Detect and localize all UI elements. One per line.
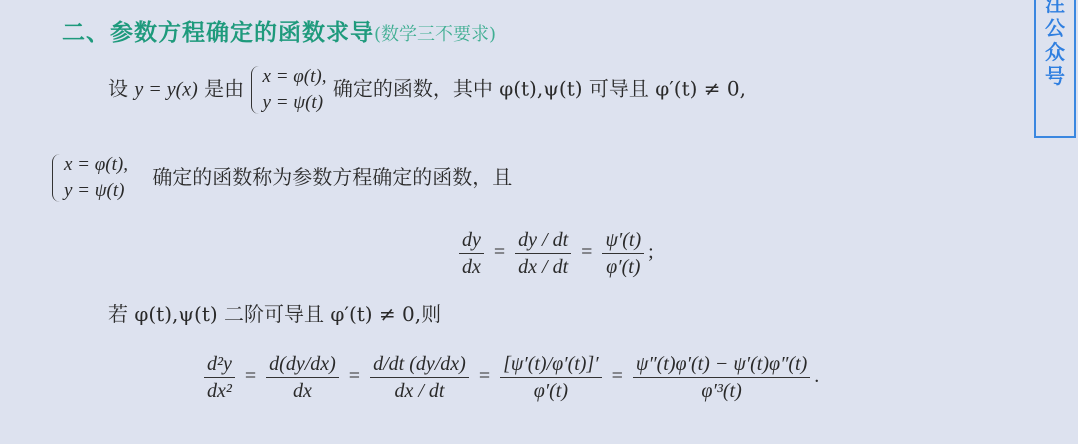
formula-punctuation: .: [814, 365, 819, 387]
fraction-numerator: dy / dt: [515, 228, 571, 254]
fraction-denominator: dx: [459, 254, 484, 279]
watermark-char: 号: [1045, 64, 1065, 88]
fraction-denominator: φ′(t): [531, 378, 571, 403]
system-row-y: y = ψ(t): [64, 178, 128, 204]
fraction-numerator: dy: [459, 228, 484, 254]
fraction-numerator: d/dt (dy/dx): [370, 352, 469, 378]
second-derivative-formula: d²ydx²=d(dy/dx)dx=d/dt (dy/dx)dx / dt=[ψ…: [200, 352, 819, 403]
section-heading: 二、参数方程确定的函数求导(数学三不要求): [62, 14, 496, 47]
watermark-char: 众: [1045, 40, 1065, 64]
fraction-numerator: [ψ′(t)/φ′(t)]′: [500, 352, 602, 378]
fraction-denominator: dx / dt: [391, 378, 447, 403]
parametric-system: x = φ(t), y = ψ(t): [52, 152, 128, 204]
naming-text: 确定的函数称为参数方程确定的函数，且: [152, 165, 512, 189]
fraction-numerator: d²y: [204, 352, 235, 378]
watermark-char: 公: [1045, 16, 1065, 40]
prefix-text: 设: [108, 77, 128, 101]
fraction-denominator: φ′(t): [603, 254, 643, 279]
function-expr: y = y(x): [134, 79, 197, 101]
fraction-numerator: d(dy/dx): [266, 352, 339, 378]
system-row-y: y = ψ(t): [263, 90, 327, 116]
fraction-numerator: ψ′(t): [602, 228, 644, 254]
watermark-char: 注: [1045, 0, 1065, 16]
formula-punctuation: ;: [648, 241, 654, 263]
watermark-badge: 注 公 众 号: [1034, 0, 1076, 138]
fraction-numerator: ψ″(t)φ′(t) − ψ′(t)φ″(t): [633, 352, 810, 378]
left-brace: [251, 66, 260, 114]
paragraph-second-order: 若 φ(t),ψ(t) 二阶可导且 φ′(t) ≠ 0,则: [108, 298, 441, 327]
paragraph-definition: 设 y = y(x) 是由 x = φ(t), y = ψ(t) 确定的函数，其…: [108, 64, 746, 116]
definition-suffix: 确定的函数，其中 φ(t),ψ(t) 可导且 φ′(t) ≠ 0,: [333, 77, 746, 101]
paragraph-naming: x = φ(t), y = ψ(t) 确定的函数称为参数方程确定的函数，且: [52, 152, 512, 204]
fraction-denominator: dx / dt: [515, 254, 571, 279]
heading-title: 二、参数方程确定的函数求导: [62, 20, 374, 46]
fraction-denominator: dx: [290, 378, 315, 403]
first-derivative-formula: dydx=dy / dtdx / dt=ψ′(t)φ′(t);: [455, 228, 654, 279]
system-row-x: x = φ(t),: [64, 152, 128, 178]
heading-note: (数学三不要求): [374, 24, 496, 45]
parametric-system: x = φ(t), y = ψ(t): [251, 64, 327, 116]
second-order-text: 若 φ(t),ψ(t) 二阶可导且 φ′(t) ≠ 0,则: [108, 302, 441, 326]
system-row-x: x = φ(t),: [263, 64, 327, 90]
is-by-text: 是由: [204, 77, 244, 101]
left-brace: [52, 154, 61, 202]
fraction-denominator: dx²: [204, 378, 235, 403]
fraction-denominator: φ′³(t): [698, 378, 744, 403]
